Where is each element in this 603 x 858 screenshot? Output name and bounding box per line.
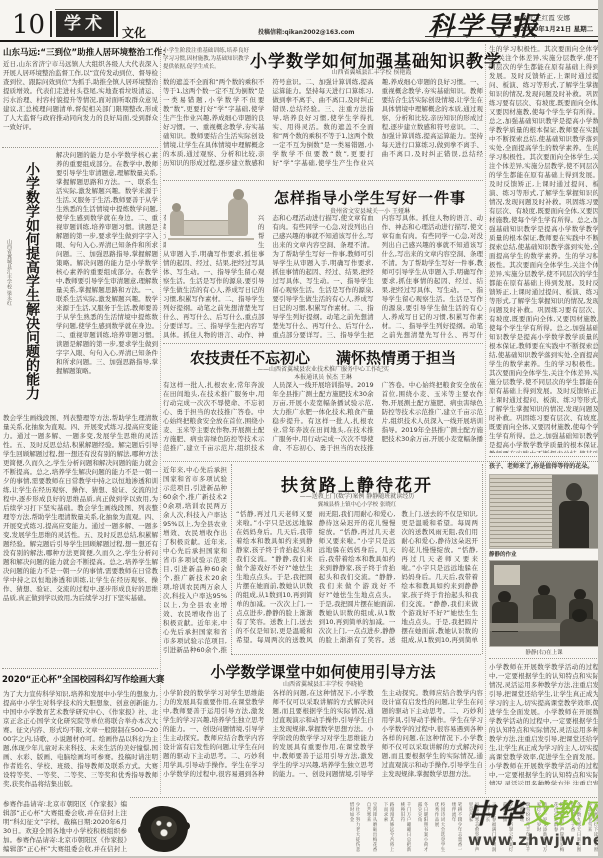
jichu-byline: 山西省翼城县汇丰学校 侯艳霞 <box>250 67 493 76</box>
photo-homework-and-girl <box>489 474 601 549</box>
illustration-ground-line <box>168 238 254 240</box>
fupin-subtitle: ——送教上门(数学)案例 静静随班就读经历 <box>242 491 472 500</box>
poem-column: 少壮不努力老大徒伤悲惜时如金 <box>348 802 360 854</box>
masthead-underline <box>425 36 598 37</box>
article-vertical-continuation: 教会学生画线段图、列表整理等方法,帮助学生理清数量关系,化抽象为直观。四、开展变… <box>3 414 158 664</box>
illustration-figure-right <box>228 198 248 236</box>
logo-wordmark: 中华文教网 <box>468 792 601 831</box>
jichu-leadin: 小学生阶段注重基础训练,培养良好学习习惯,因材施教,为基础知识教学提供依据,促学… <box>163 47 249 75</box>
photo-girl-head <box>566 483 582 501</box>
poem-column: 冬日暖阳照书案小荷才露尖尖角 <box>416 802 428 854</box>
poem-column: 校园诗词大会选登学生优秀作品展 <box>433 802 445 854</box>
pupil-body-2 <box>533 595 556 619</box>
nongji-dotted-top <box>163 343 483 344</box>
jichu-body: 数的遮盖不全面和“两个数的乘积不等于1,这两个数一定不互为倒数”是一类易错题,小… <box>163 78 483 176</box>
poem-column: 笔耕不辍少年志墨香一缕伴流年 <box>450 802 462 854</box>
photo-caption-2: 静静(右)在上课 <box>489 648 599 656</box>
brief-title: 山东马远:“三到位”助推人居环境整治工作： <box>3 46 163 58</box>
fupin-box: 扶贫路上静待花开 ——送教上门(数学)案例 静静随班就读经历 翼城县桥上镇中心小… <box>231 464 483 654</box>
fupin-dotted-bottom <box>231 654 481 655</box>
illustration-figure-left-head <box>172 203 181 212</box>
brief-body: 近日,山东省济宁市马远镇人大组织各级人大代表深入开展人居环境整治监督工作,以“宣… <box>3 60 158 145</box>
poem-column: 路漫漫其修远兮吾将上下而求索 <box>382 802 394 854</box>
yindao-body-wrap: 小学阶段的数学学习对学生思维能力的发展具有重要作用,在课堂教学中,教师要善于运用… <box>163 689 483 793</box>
fupin-body: “恬静,再过几天老师又要来啦。”小宇只是远远地躲在妈妈身后。几天后,我带着绘本和… <box>236 510 478 650</box>
illustration-figure-right-head <box>233 189 244 200</box>
article-vertical-title: 小学数学如何提高学生解决问题的能力 <box>22 153 42 409</box>
subsection-label: 文化 <box>122 24 146 41</box>
fupin-byline: 翼城县桥上镇中心小学校 张晓红 <box>242 500 472 508</box>
papercut-flourish-right <box>182 822 190 830</box>
column-separator-right <box>485 44 486 794</box>
article-vertical-body: 解决问题的能力是小学数学核心素养的重要组成部分。在教学中,教师要引导学生审清题意… <box>56 151 158 409</box>
pupil-head-4 <box>572 609 587 622</box>
contest-body-2: 参赛作品请寄:北京市朝阳区《作家报》编辑部“正心杯”大赛组委会收,并在信封上注明… <box>3 800 127 854</box>
photo-girl-body <box>559 501 589 548</box>
scan-edge-right <box>598 0 603 858</box>
header-divider-left <box>50 11 52 37</box>
left-dotted-rule-2 <box>2 668 158 669</box>
photo-homework-paper <box>490 475 552 548</box>
nongji-body-wrap: 有这样一批人,扎根农业,常年奔波在田间地头,在技术推广服务中,用行动完成一次次不… <box>163 381 483 459</box>
right-column-text-top: 生的学习积极性。其次要面向全体学生,关注个体差异,实施分层教学,使不同层次的学生… <box>489 45 599 453</box>
article-vertical-byline: 山西省翼城县汇丰学校 梁永红 <box>6 239 13 369</box>
submission-email: 投稿信箱:qikan2002@163.com <box>258 27 355 36</box>
poem-column: 千门万户曈曈日总把新桃换旧符 <box>399 802 411 854</box>
xiehao-dotted-top <box>163 180 483 181</box>
header-divider-right <box>116 11 118 37</box>
section-label: 学术 <box>56 11 114 37</box>
fupin-body-wrap: “恬静,再过几天老师又要来啦。”小宇只是远远地躲在妈妈身后。几天后,我带着绘本和… <box>236 510 478 650</box>
right-column-text-bottom: 小学教师在开展数学教学活动的过程中,一定要根据学生的认知特点和实际情况,灵活运用… <box>489 663 599 785</box>
photo-classroom <box>489 560 601 647</box>
right-dotted-2 <box>489 658 599 659</box>
nongji-byline: 本报通讯员 侯杰 王琳 <box>163 372 483 381</box>
papercut-pattern <box>151 816 177 840</box>
xiehao-title: 怎样指导小学生写好一件事 <box>270 187 470 208</box>
jichu-body-wrap: 数的遮盖不全面和“两个数的乘积不等于1,这两个数一定不互为倒数”是一类易错题,小… <box>163 78 483 176</box>
classroom-window <box>494 565 520 585</box>
site-logo: 中华文教网 www.zhwjw.net <box>468 792 601 856</box>
logo-text-black: 中华 <box>468 799 524 830</box>
classroom-desk <box>490 623 560 631</box>
photo-intro-line: 孩子、老师来了,你是值得等待的花朵。 <box>489 461 599 470</box>
contest-title: 2020“正心杯”全国校园科幻写作绘画大赛 <box>2 673 158 685</box>
yindao-byline: 山西省翼城县汇丰学校 李晓艳 <box>163 679 483 688</box>
photo-caption-1: 静静的作业 <box>489 550 599 558</box>
left-dotted-rule-1 <box>2 147 158 148</box>
contest-body: 为了大力宣传科学知识,培养和发展中小学生的想象力,提高中小学生对科学技术的大胆想… <box>3 690 158 796</box>
logo-text-green: 文教网 <box>524 799 603 830</box>
editor-line: ■编辑:王红霞 安娜 <box>514 13 570 22</box>
right-dotted-1 <box>489 456 599 457</box>
yindao-body: 小学阶段的数学学习对学生思维能力的发展具有重要作用,在课堂教学中,教师要善于运用… <box>163 689 483 793</box>
nongji-continuation: 近年来,中心先后承担国家和省市多项试验示范项目,引进新品种60余个,推广新技术2… <box>163 466 227 654</box>
illustration-figure-left <box>170 210 184 236</box>
date-line: ■2020年1月21日 星期二 <box>514 24 593 33</box>
logo-url: www.zhwjw.net <box>468 831 601 849</box>
newspaper-page: 10 学术 文化 投稿信箱:qikan2002@163.com 科学导报 ■编辑… <box>0 0 603 858</box>
poem-column: 宝剑锋从磨砺出梅花香自苦寒来 <box>365 802 377 854</box>
pupil-body-4 <box>560 619 600 646</box>
nongji-body: 有这样一批人,扎根农业,常年奔波在田间地头,在技术推广服务中,用行动完成一次次不… <box>163 381 483 459</box>
xiehao-illustration <box>166 186 258 250</box>
papercut-illustration <box>138 804 190 854</box>
page-number: 10 <box>12 10 45 40</box>
article-vertical: 小学数学如何提高学生解决问题的能力 山西省翼城县汇丰学校 梁永红 解决问题的能力… <box>2 151 158 411</box>
papercut-flourish-left <box>138 826 146 834</box>
header-thick-rule <box>0 40 603 42</box>
